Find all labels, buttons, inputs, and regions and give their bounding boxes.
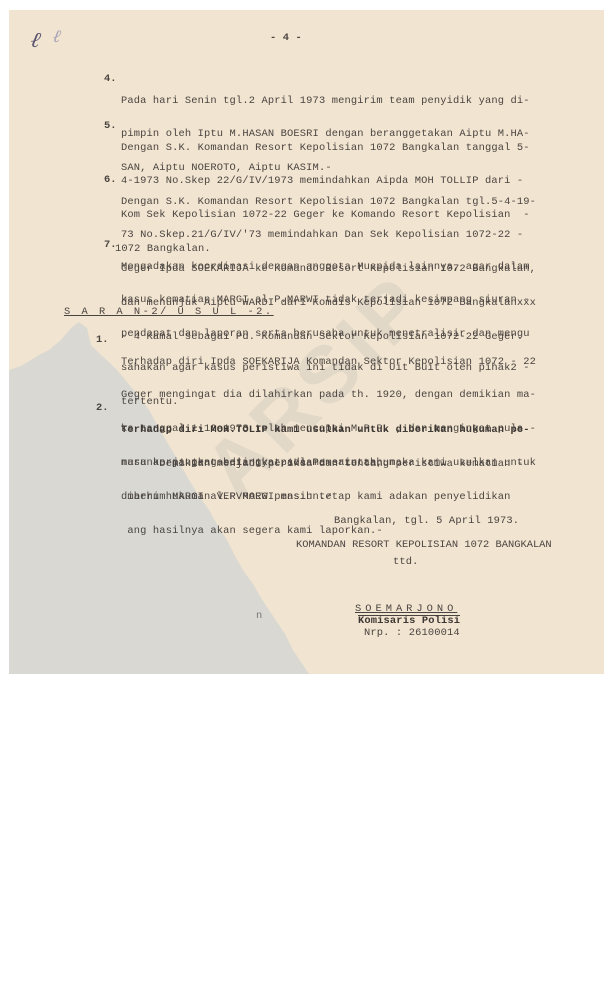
item-number: 4.: [104, 73, 116, 85]
text-line: Dengan S.K. Komandan Resort Kepolisian 1…: [121, 143, 530, 154]
text-line: marhum MARGI al.P.MARWI masih tetap kami…: [121, 492, 523, 503]
signatory-name: SOEMARJONO: [355, 604, 457, 615]
text-line: Geger mengingat dia dilahirkan pada th. …: [121, 390, 536, 401]
text-line: ang hasilnya akan segera kami laporkan.-: [121, 526, 523, 537]
stray-text: n: [256, 611, 262, 622]
section-heading: S A R A N-2/ U S U L -2.: [64, 307, 274, 318]
text-line: Terhadap diri MOH.TOLIP kami usulkan unt…: [121, 425, 530, 436]
item-number: 2.: [96, 402, 108, 414]
signatory-title: KOMANDAN RESORT KEPOLISIAN 1072 BANGKALA…: [296, 540, 552, 551]
text-line: Mengadakan koordinasi dengan anggota Mus…: [121, 262, 530, 273]
page-number: - 4 -: [270, 33, 302, 44]
item-number: 1.: [96, 334, 108, 346]
text-line: Dengan S.K. Komandan Resort Kepolisian 1…: [121, 197, 536, 208]
item-number: 6.: [104, 174, 116, 186]
text-line: Demikian menjadi periksa dan tentang per…: [121, 459, 523, 470]
text-line: Terhadap diri Ipda SOEKARIJA Komandan Se…: [121, 357, 536, 368]
signatory-rank: Komisaris Polisi: [358, 615, 460, 627]
item-number: 5.: [104, 120, 116, 132]
signatory-nrp: Nrp. : 26100014: [364, 628, 460, 639]
signed-mark: ttd.: [393, 557, 419, 568]
place-date: Bangkalan, tgl. 5 April 1973.: [334, 516, 519, 527]
scanned-document-page: ARSIP ℓ ℓ - 4 - 4. Pada hari Senin tgl.2…: [9, 10, 604, 674]
text-line: Pada hari Senin tgl.2 April 1973 mengiri…: [121, 96, 530, 107]
item-number: 7.: [104, 239, 116, 251]
